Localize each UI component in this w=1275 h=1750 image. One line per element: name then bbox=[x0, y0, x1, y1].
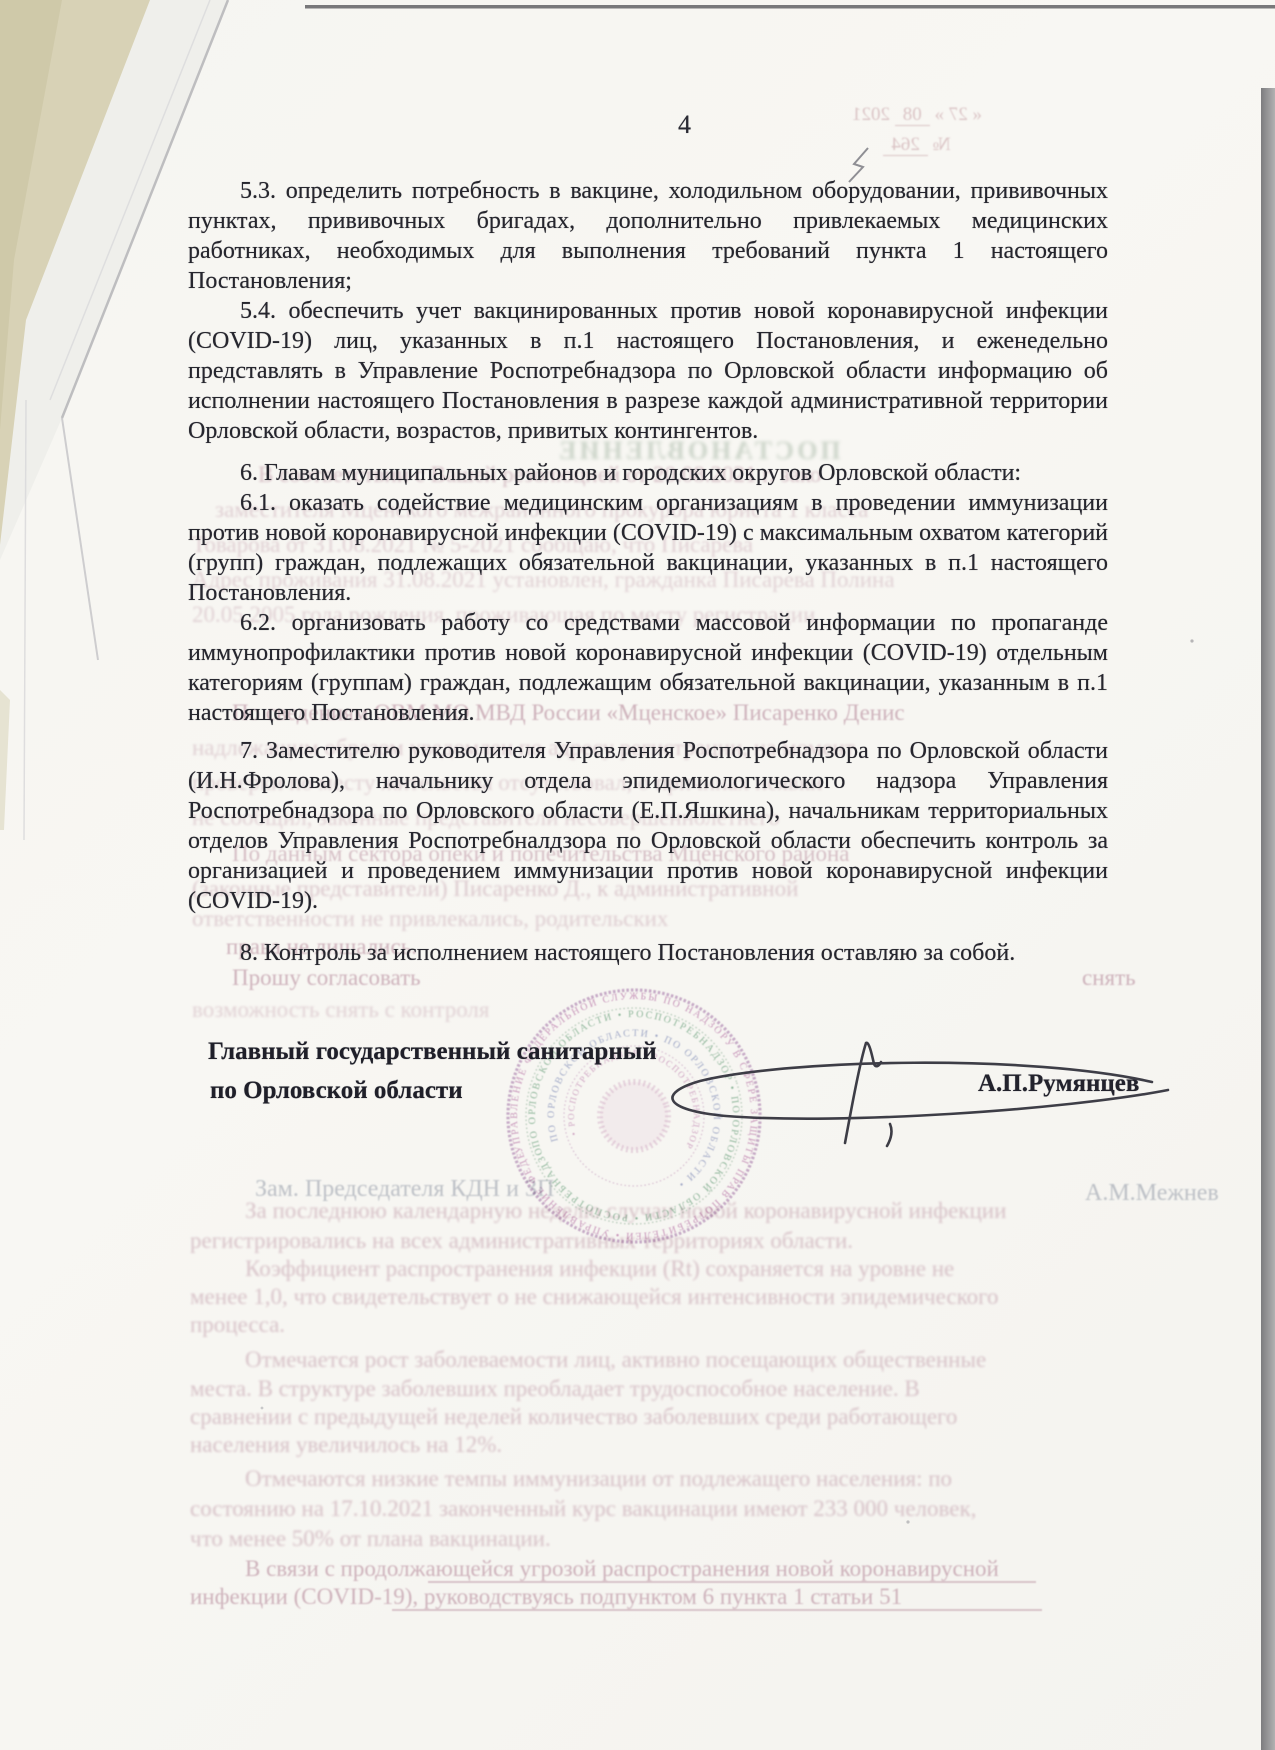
bleedthrough-number-line: № 264 bbox=[822, 130, 1012, 160]
bleedthrough-underline bbox=[428, 1581, 1036, 1583]
paragraph-6-2: 6.2. организовать работу со средствами м… bbox=[188, 608, 1108, 728]
signature-title-line2: по Орловской области bbox=[210, 1077, 463, 1105]
bleedthrough-line: Отмечается рост заболеваемости лиц, акти… bbox=[245, 1347, 986, 1373]
bleedthrough-line: состоянию на 17.10.2021 законченный курс… bbox=[190, 1496, 976, 1522]
bleedthrough-line: В связи с продолжающейся угрозой распрос… bbox=[245, 1556, 999, 1582]
scan-top-edge bbox=[305, 5, 1275, 9]
bleedthrough-date-block: « 27 » 08 2021 № 264 bbox=[822, 100, 1012, 160]
speck bbox=[1190, 639, 1193, 642]
bleedthrough-line: Коэффициент распространения инфекции (Rt… bbox=[245, 1256, 954, 1282]
bleedthrough-kdn-right: А.М.Межнев bbox=[1085, 1180, 1219, 1207]
signature-title-line1: Главный государственный санитарный bbox=[208, 1038, 657, 1066]
signature-name: А.П.Румянцев bbox=[978, 1070, 1139, 1098]
stamp-center-emblem bbox=[591, 1073, 677, 1159]
bleedthrough-underline bbox=[392, 1609, 1042, 1611]
paragraph-5-3: 5.3. определить потребность в вакцине, х… bbox=[188, 176, 1108, 296]
bleedthrough-line: места. В структуре заболевших преобладае… bbox=[190, 1376, 920, 1402]
scanned-document-page: « 27 » 08 2021 № 264 ПОСТАНОВЛЕНИЕ В соо… bbox=[0, 0, 1275, 1750]
bleedthrough-line: менее 1,0, что свидетельствует о не сниж… bbox=[190, 1284, 998, 1310]
bleedthrough-line: инфекции (COVID-19), руководствуясь подп… bbox=[190, 1584, 902, 1610]
paragraph-6: 6. Главам муниципальных районов и городс… bbox=[188, 458, 1108, 488]
bleedthrough-line: Прошу согласовать bbox=[232, 965, 421, 991]
bleedthrough-line: снять bbox=[1082, 965, 1136, 991]
bleedthrough-line: Отмечаются низкие темпы иммунизации от п… bbox=[245, 1466, 952, 1492]
fold-crease bbox=[62, 418, 98, 660]
bleedthrough-line: процесса. bbox=[190, 1312, 285, 1338]
bleedthrough-line: сравнении с предыдущей неделей количеств… bbox=[190, 1404, 957, 1430]
paragraph-6-1: 6.1. оказать содействие медицинским орга… bbox=[188, 488, 1108, 608]
bleedthrough-date-line: « 27 » 08 2021 bbox=[822, 100, 1012, 130]
bleedthrough-line: возможность снять с контроля bbox=[192, 997, 489, 1023]
page-fold-sliver bbox=[0, 690, 10, 830]
bleedthrough-line: что менее 50% от плана вакцинации. bbox=[190, 1526, 551, 1552]
paragraph-5-4: 5.4. обеспечить учет вакцинированных про… bbox=[188, 296, 1108, 446]
paragraph-7: 7. Заместителю руководителя Управления Р… bbox=[188, 736, 1108, 916]
bleedthrough-line: населения увеличилось на 12%. bbox=[190, 1432, 502, 1458]
document-body: 5.3. определить потребность в вакцине, х… bbox=[188, 176, 1108, 968]
paragraph-8: 8. Контроль за исполнением настоящего По… bbox=[188, 938, 1108, 968]
scanner-edge-shadow bbox=[1261, 88, 1275, 1750]
official-round-stamp: УПРАВЛЕНИЕ ФЕДЕРАЛЬНОЙ СЛУЖБЫ ПО НАДЗОРУ… bbox=[498, 980, 770, 1252]
